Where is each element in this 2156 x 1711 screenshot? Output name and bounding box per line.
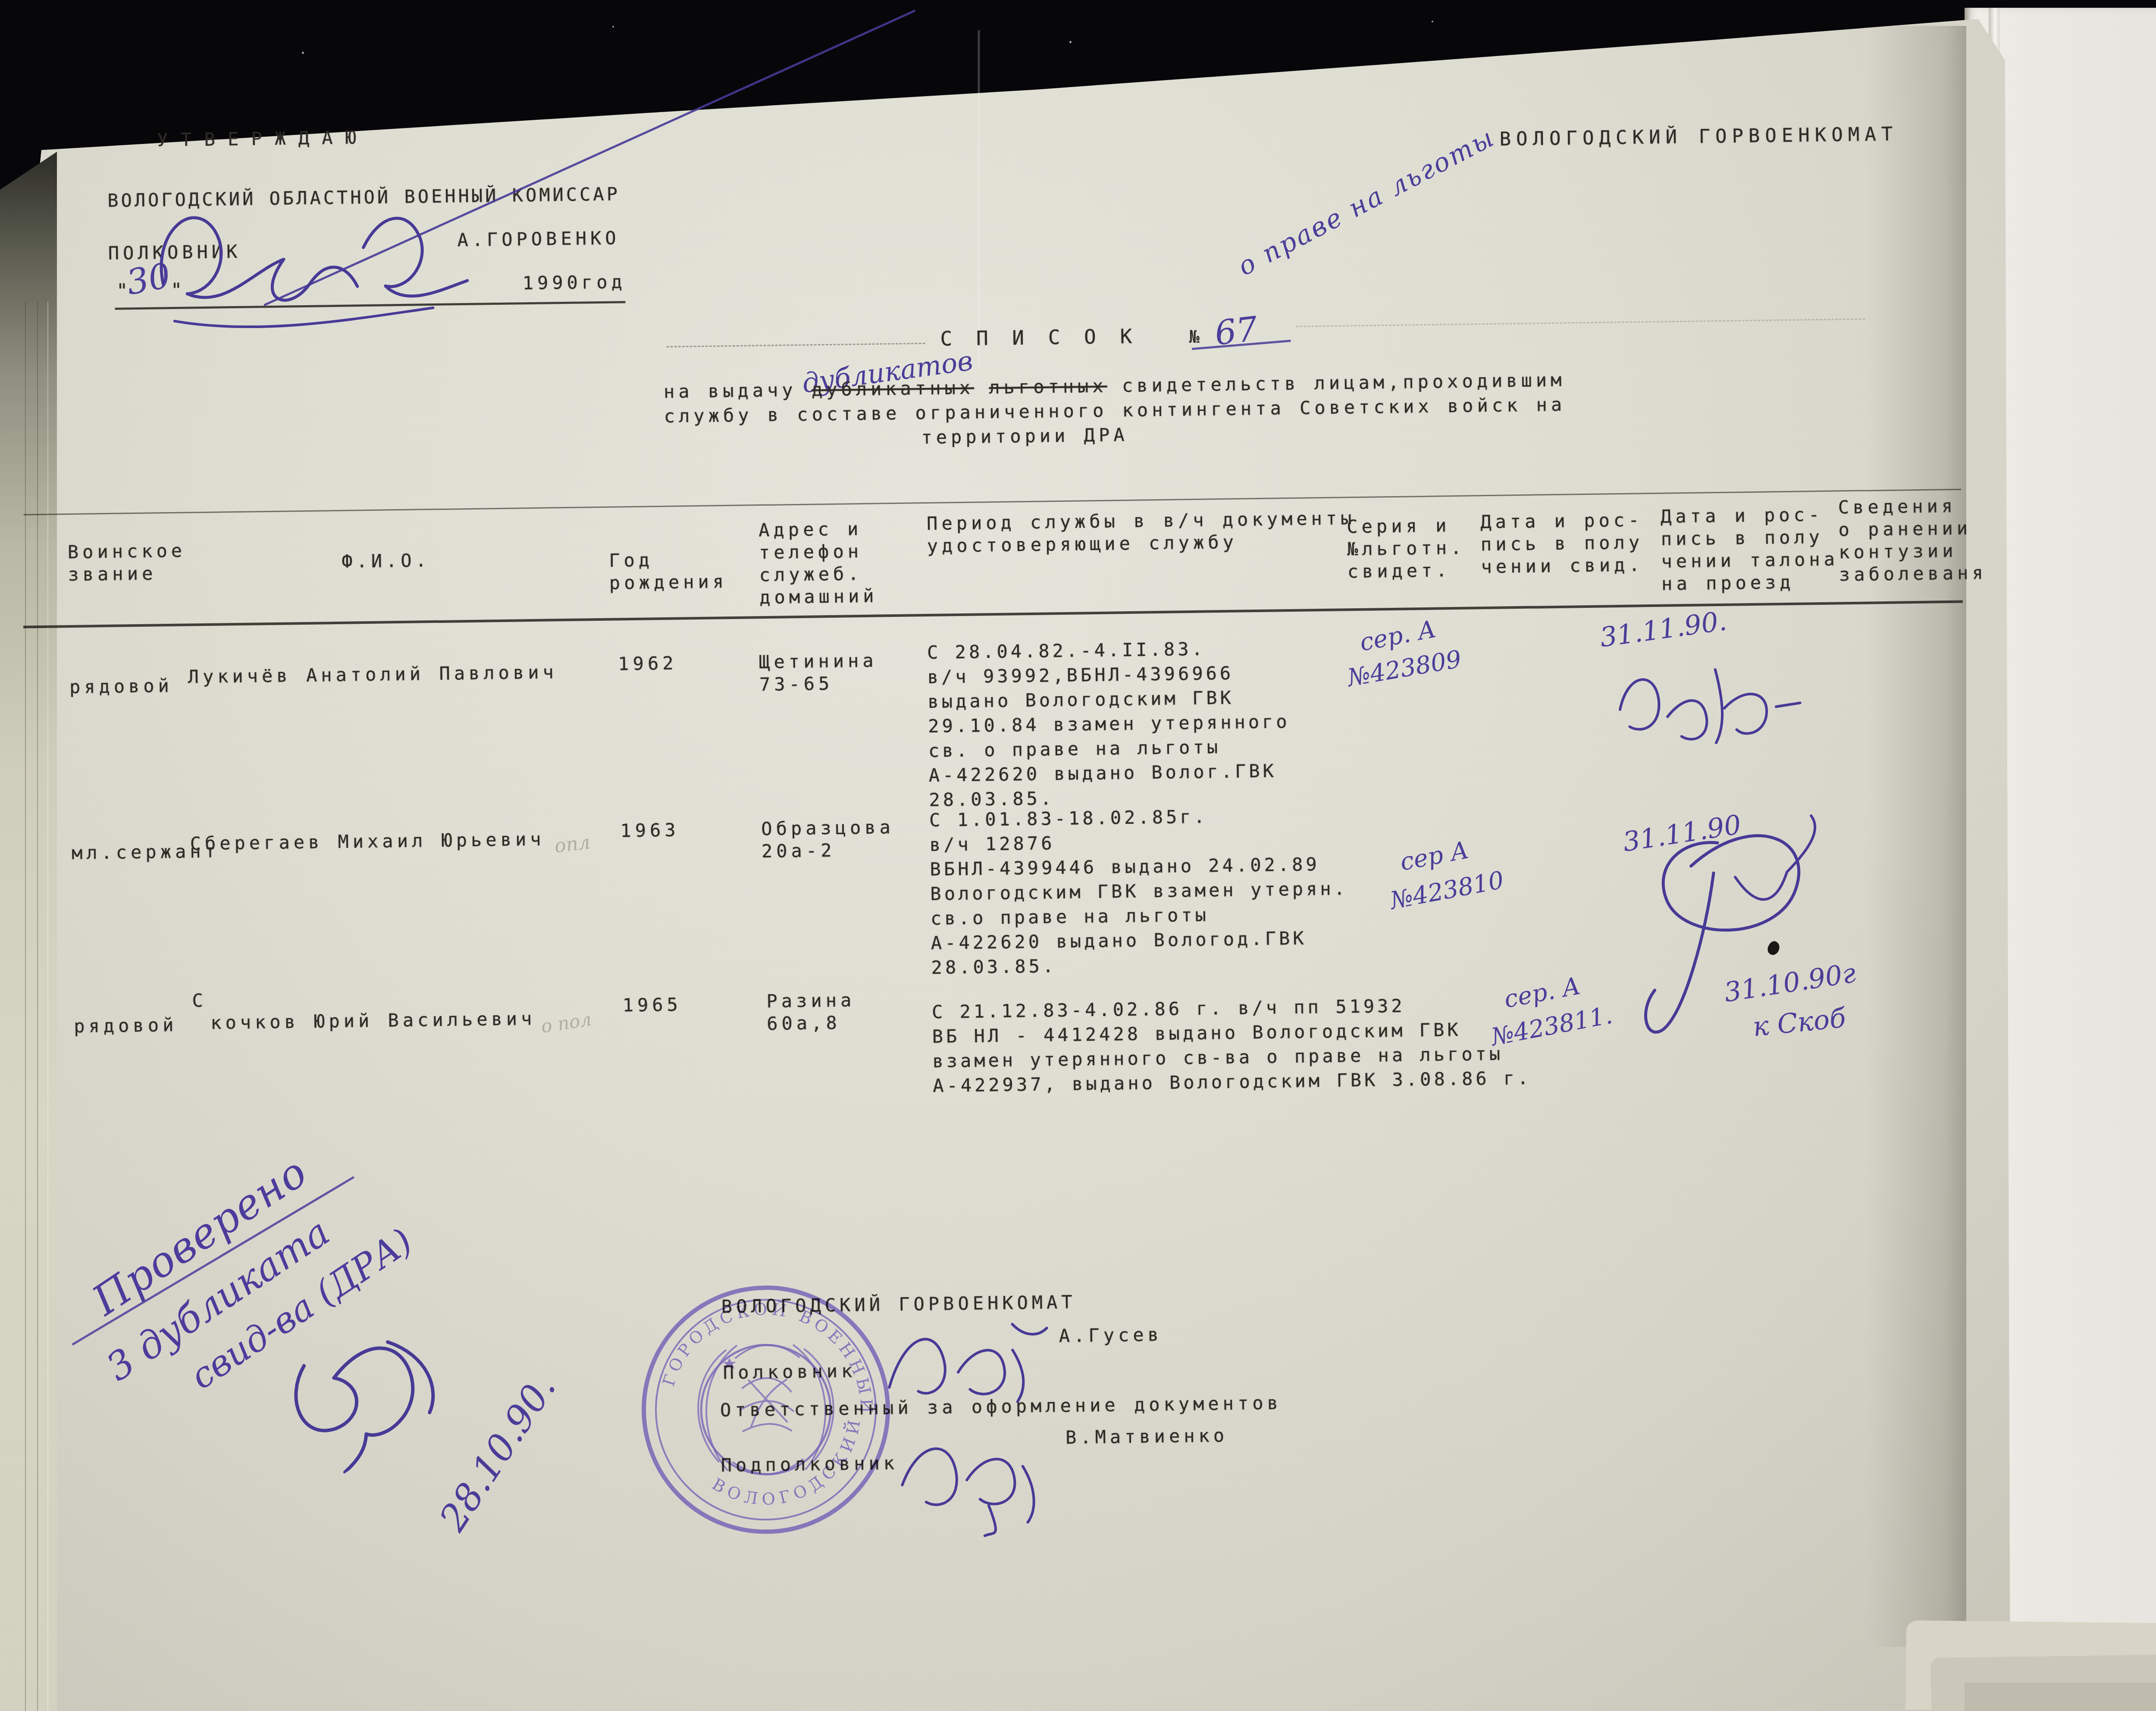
row1-name: Лукичёв Анатолий Павлович (188, 661, 558, 688)
row1-service: С 28.04.82.-4.II.83. в/ч 93992,ВБНЛ-4396… (927, 635, 1291, 812)
row3-name-superscript: С (192, 989, 207, 1012)
p1c: свидетельств лицам,проходившим (1107, 369, 1565, 397)
col-header-service: Период службы в в/ч документы удостоверя… (927, 507, 1356, 557)
col-header-date-svid: Дата и рос- пись в полу чении свид. (1480, 509, 1644, 578)
footer-name2: В.Матвиенко (1065, 1424, 1228, 1449)
p1b (974, 377, 989, 398)
p1-struck-lgotnyh: льготных (989, 375, 1107, 398)
list-number-sign: № (1189, 327, 1205, 347)
title-paragraph-line3: территории ДРА (921, 424, 1128, 449)
footer-name1: А.Гусев (1059, 1323, 1163, 1347)
col-header-date-talon: Дата и рос- пись в полу чении талона на … (1661, 503, 1839, 595)
typed-dash-line (1296, 319, 1865, 327)
col-header-info: Сведения о ранении контузии заболеваня (1838, 494, 1987, 586)
row2-year: 1963 (620, 819, 680, 842)
row3-pencil-note: о пол (539, 1008, 593, 1037)
col-header-address: Адрес и телефон служеб. домашний (758, 518, 878, 609)
p1a: на выдачу (664, 379, 812, 402)
row1-address: Щетинина 73-65 (759, 650, 878, 696)
row2-address: Образцова 20а-2 (761, 816, 895, 863)
row3-year: 1965 (622, 994, 682, 1017)
row1-year: 1962 (618, 652, 677, 676)
col-header-series: Серия и №льготн. свидет. (1347, 514, 1466, 583)
row3-service: С 21.12.83-4.02.86 г. в/ч пп 51932 ВБ НЛ… (932, 992, 1532, 1098)
row3-rank: рядовой (74, 1014, 178, 1038)
handwritten-o-prave: о праве на льготы (1233, 122, 1500, 282)
note-signature (239, 1253, 502, 1492)
margin-note: Проверено 3 дубликата свид-ва (ДРА) (63, 1060, 589, 1550)
p1-struck-dublikatnyh: дубликатных (812, 377, 975, 400)
row3-address: Разина 60а,8 (766, 989, 856, 1035)
col-header-fio: Ф.И.О. (342, 549, 430, 573)
row1-signature (1602, 642, 1810, 748)
org-right: ВОЛОГОДСКИЙ ГОРВОЕНКОМАТ (1499, 123, 1898, 150)
row2-pencil-note: опл (553, 831, 591, 857)
row2-hw-series: сер А (1398, 836, 1471, 876)
col-header-rank: Воинское звание (68, 540, 187, 586)
col-header-year: Год рождения (609, 548, 728, 594)
footer-signature-matvienko (874, 1404, 1079, 1545)
row2-service: С 1.01.83-18.02.85г. в/ч 12876 ВБНЛ-4399… (929, 802, 1349, 980)
row2-name: Сберегаев Михаил Юрьевич (190, 828, 545, 855)
typed-dash-line (667, 343, 925, 347)
round-stamp: ГОРОДСКОЙ ВОЕННЫЙ КОМИССАРИАТ ВОЛОГОДСКИ… (635, 1279, 897, 1541)
row3-name: кочков Юрий Васильевич (210, 1007, 536, 1034)
row1-rank: рядовой (69, 675, 173, 698)
approval-signature (119, 0, 942, 345)
page-content: У Т В Е Р Ж Д А Ю ВОЛОГОДСКИЙ ОБЛАСТНОЙ … (0, 0, 2156, 1711)
